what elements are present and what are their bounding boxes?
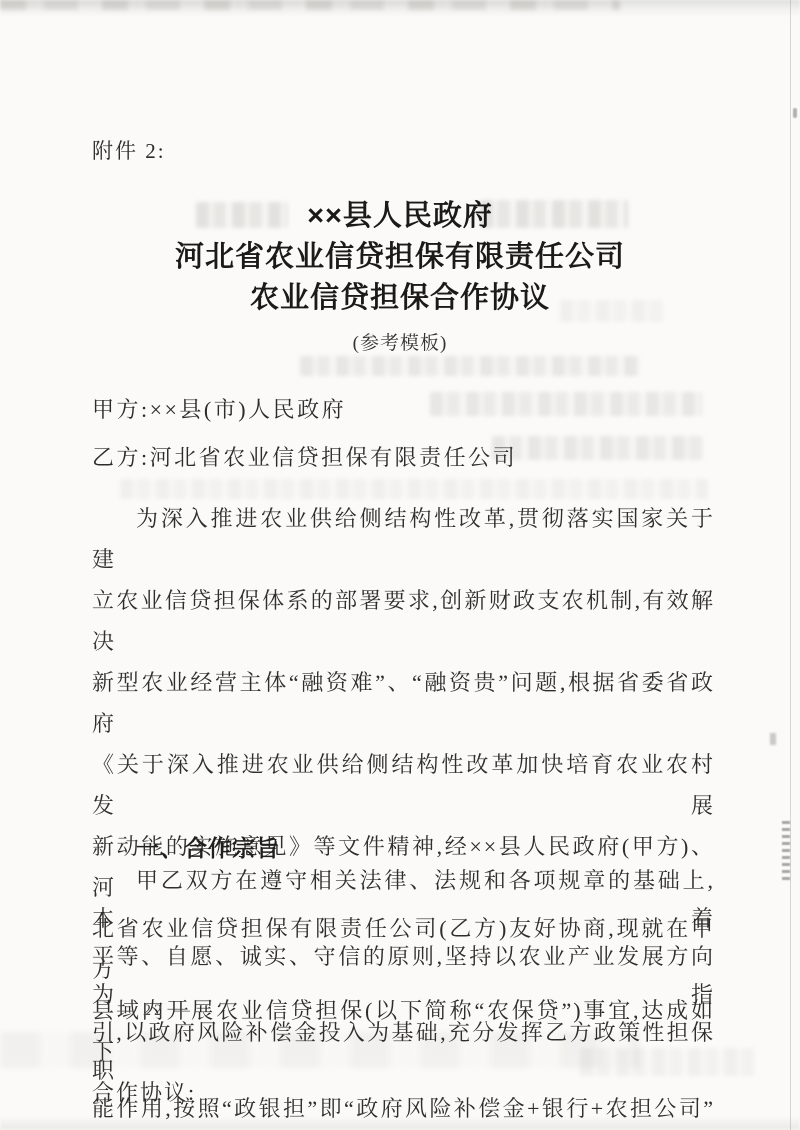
- footer-dash-left: —: [117, 1002, 134, 1019]
- scan-speck: [793, 108, 797, 118]
- binding-edge-line: [790, 0, 791, 1130]
- party-b-line: 乙方:河北省农业信贷担保有限责任公司: [92, 441, 517, 472]
- bleedthrough-vertical-mark: [770, 733, 776, 745]
- text-line: 引,以政府风险补偿金投入为基础,充分发挥乙方政策性担保职: [92, 1014, 715, 1090]
- text-line: 为深入推进农业供给侧结构性改革,贯彻落实国家关于建: [92, 498, 715, 580]
- footer-dash-right: —: [174, 1002, 191, 1019]
- title-line-2: 河北省农业信贷担保有限责任公司: [0, 237, 800, 278]
- attachment-label: 附件 2:: [92, 135, 166, 165]
- bleedthrough-ghost: [300, 356, 640, 376]
- text-line: 《关于深入推进农业供给侧结构性改革加快培育农业农村发展: [92, 744, 715, 826]
- text-line: 甲乙双方在遵守相关法律、法规和各项规章的基础上,本着: [92, 862, 715, 938]
- party-a-line: 甲方:××县(市)人民政府: [92, 393, 346, 424]
- text-line: 立农业信贷担保体系的部署要求,创新财政支农机制,有效解决: [92, 580, 715, 662]
- bleedthrough-ghost: [492, 436, 704, 460]
- page-number-footer: —22—: [108, 1002, 200, 1020]
- page-number: 22: [143, 1002, 165, 1019]
- bleedthrough-ghost: [430, 392, 702, 416]
- subtitle-reference-template: (参考模板): [0, 328, 800, 355]
- section-1-heading: 一、合作宗旨: [92, 830, 715, 863]
- document-title: ××县人民政府 河北省农业信贷担保有限责任公司 农业信贷担保合作协议: [0, 196, 800, 319]
- bleedthrough-ghost: [120, 479, 708, 499]
- section-1-paragraph: 甲乙双方在遵守相关法律、法规和各项规章的基础上,本着 平等、自愿、诚实、守信的原…: [92, 862, 715, 1128]
- text-line: 能作用,按照“政银担”即“政府风险补偿金+银行+农担公司”: [92, 1090, 715, 1128]
- scan-edge-top-mottle: [0, 0, 620, 10]
- text-line: 新型农业经营主体“融资难”、“融资贵”问题,根据省委省政府: [92, 662, 715, 744]
- title-line-1: ××县人民政府: [0, 196, 800, 237]
- scanned-document-page: 附件 2: ××县人民政府 河北省农业信贷担保有限责任公司 农业信贷担保合作协议…: [0, 0, 800, 1130]
- title-line-3: 农业信贷担保合作协议: [0, 278, 800, 319]
- bleedthrough-vertical-text: [782, 818, 790, 880]
